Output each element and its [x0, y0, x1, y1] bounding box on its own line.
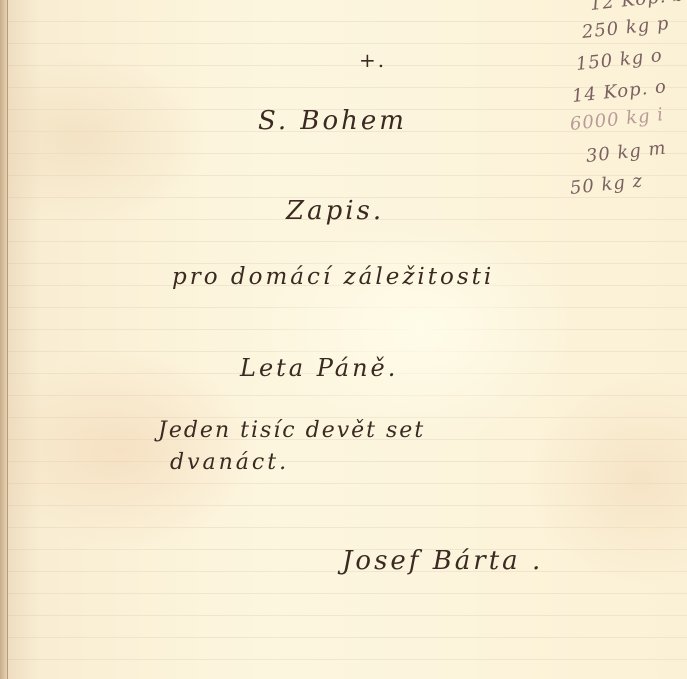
- page-binding-edge: [0, 0, 8, 679]
- margin-note: 14 Kop. o: [571, 76, 668, 107]
- year-text-line-2: dvanáct.: [170, 450, 289, 475]
- margin-note: 12 Kop. z: [589, 0, 685, 15]
- signature: Josef Bárta .: [342, 546, 543, 576]
- manuscript-page: +. S. Bohem Zapis. pro domácí záležitost…: [0, 0, 687, 679]
- margin-notes: 12 Kop. z 250 kg p 150 kg o 14 Kop. o 60…: [560, 0, 687, 220]
- margin-note: 6000 kg i: [569, 104, 665, 135]
- page-subtitle: pro domácí záležitosti: [172, 264, 494, 290]
- margin-note: 30 kg m: [585, 138, 668, 167]
- margin-note: 150 kg o: [575, 45, 664, 75]
- margin-note: 250 kg p: [581, 13, 670, 43]
- page-title: Zapis.: [286, 196, 384, 226]
- cross-mark: +.: [359, 48, 386, 72]
- year-text-line-1: Jeden tisíc devět set: [158, 418, 425, 443]
- year-label: Leta Páně.: [240, 354, 398, 382]
- margin-note: 50 kg z: [569, 170, 644, 199]
- greeting-line: S. Bohem: [258, 106, 407, 136]
